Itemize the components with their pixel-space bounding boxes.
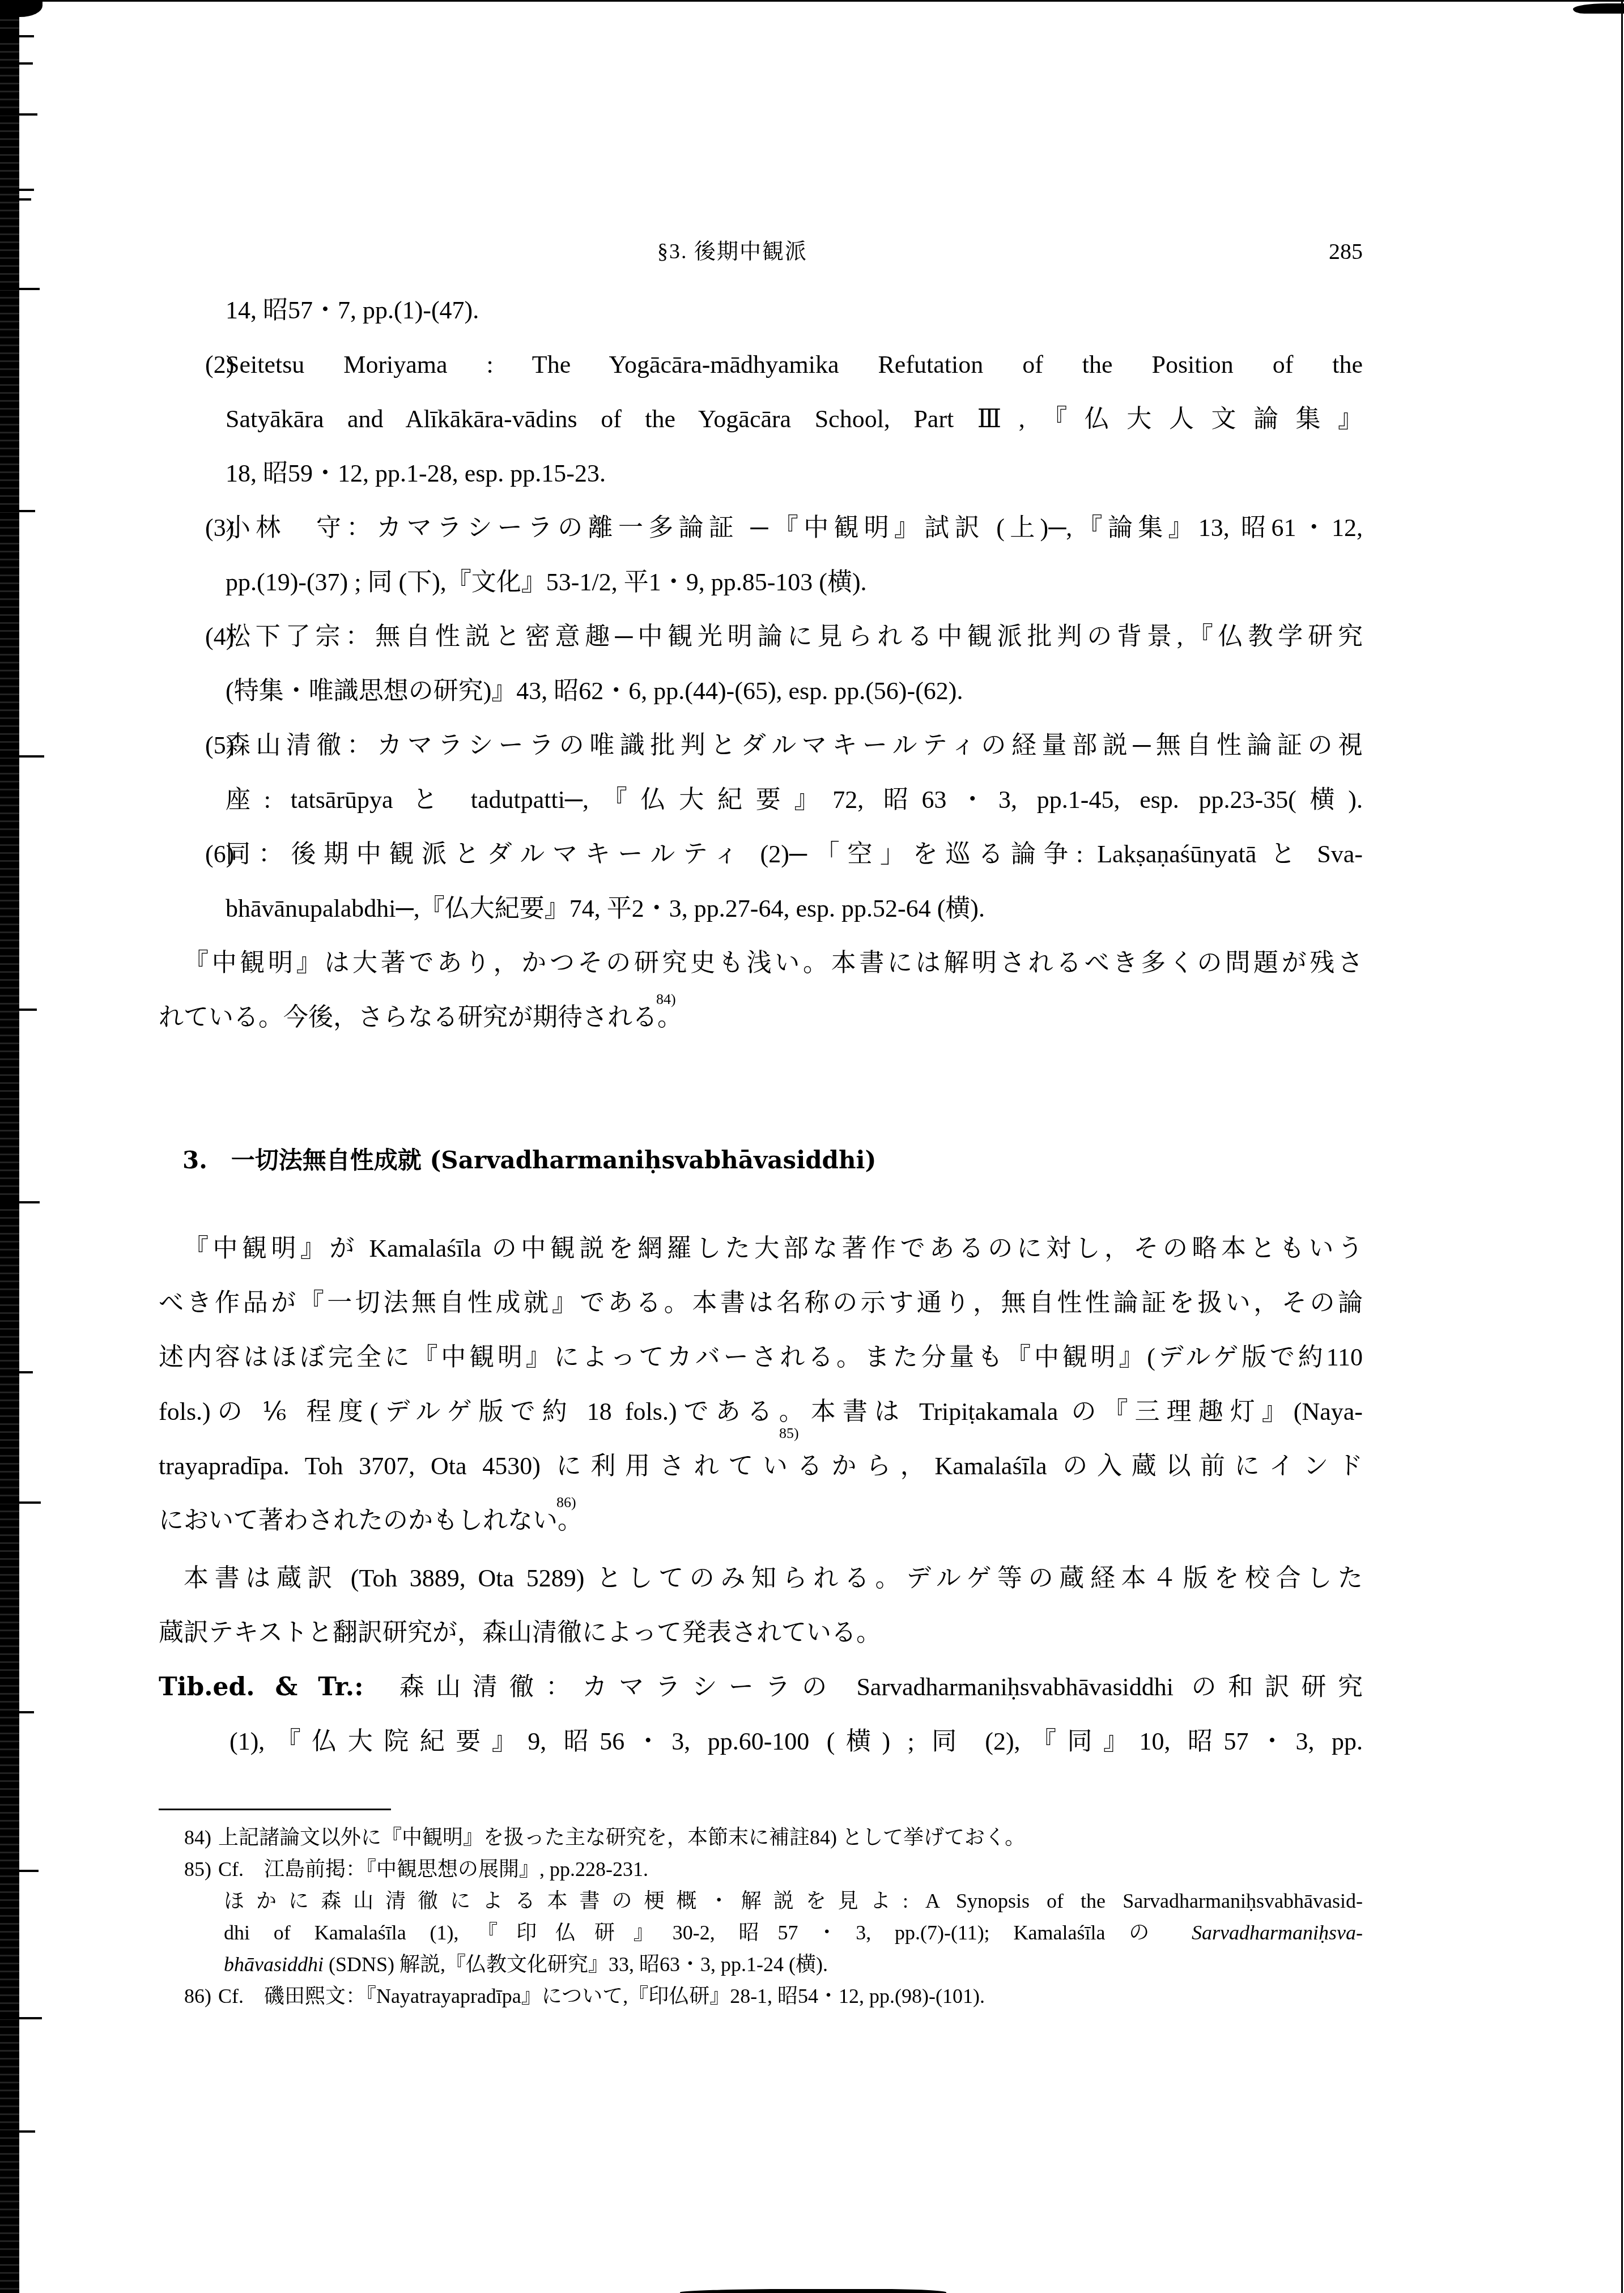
section-heading: 3. 一切法無自性成就 (Sarvadharmaniḥsvabhāvasiddh… <box>159 1133 1363 1188</box>
reference-line: 松下了宗：無自性説と密意趣─中観光明論に見られる中観派批判の背景,『仏教学研究 <box>226 610 1363 664</box>
reference-number: (2) <box>205 338 234 392</box>
footnote-number: 84) <box>184 1822 211 1853</box>
reference-continuation: 14, 昭57・7, pp.(1)-(47). <box>159 283 1363 338</box>
reference-line: 森山清徹：カマラシーラの唯識批判とダルマキールティの経量部説─無自性論証の視 <box>226 718 1363 773</box>
running-head-section: §3. 後期中観派 <box>657 238 807 265</box>
running-head: §3. 後期中観派 285 <box>657 238 1363 272</box>
paragraph-line: 『中観明』が Kamalaśīla の中観説を網羅した大部な著作であるのに対し，… <box>159 1222 1363 1276</box>
paragraph-line: fols.)の ⅙ 程度(デルゲ版で約 18 fols.)である。本書は Tri… <box>159 1385 1363 1439</box>
scan-corner-mark <box>1573 3 1624 14</box>
scan-bottom-smudge <box>680 2289 946 2293</box>
footnote-ref-86[interactable]: 86) <box>556 1494 576 1511</box>
reference-item-5: (5) 森山清徹：カマラシーラの唯識批判とダルマキールティの経量部説─無自性論証… <box>159 718 1363 827</box>
reference-item-6: (6) 同：後期中観派とダルマキールティ (2)─「空」を巡る論争: Lakṣa… <box>159 827 1363 936</box>
reference-line: pp.(19)-(37) ; 同 (下),『文化』53-1/2, 平1・9, p… <box>226 555 1363 610</box>
footnote-divider <box>159 1809 391 1810</box>
paragraph-line: において著わされたのかもしれない。86) <box>159 1494 1363 1551</box>
closing-paragraph: 『中観明』は大著であり，かつその研究史も浅い。本書には解明されるべき多くの問題が… <box>159 936 1363 1048</box>
tib-line-1: Tib.ed. & Tr.: 森山清徹：カマラシーラの Sarvadharman… <box>159 1660 1363 1715</box>
reference-line: Satyākāra and Alīkākāra-vādins of the Yo… <box>226 392 1363 446</box>
footnote-line: bhāvasiddhi (SDNS) 解説,『仏教文化研究』33, 昭63・3,… <box>218 1949 1363 1980</box>
section-paragraph-2: 本書は蔵訳 (Toh 3889, Ota 5289) としてのみ知られる。デルゲ… <box>159 1551 1363 1660</box>
reference-line: 小林 守：カマラシーラの離一多論証 ─『中観明』試訳 (上)─,『論集』13, … <box>226 501 1363 555</box>
paragraph-line: 『中観明』は大著であり，かつその研究史も浅い。本書には解明されるべき多くの問題が… <box>159 936 1363 990</box>
footnote-line: Cf. 江島前掲：『中観思想の展開』, pp.228-231. <box>218 1853 1363 1885</box>
footnote-ref-85[interactable]: 85) <box>779 1406 799 1461</box>
reference-line: Seitetsu Moriyama : The Yogācāra-mādhyam… <box>226 338 1363 392</box>
paragraph-line: 本書は蔵訳 (Toh 3889, Ota 5289) としてのみ知られる。デルゲ… <box>159 1551 1363 1606</box>
footnote-line: dhi of Kamalaśīla (1),『印仏研』30-2, 昭57・3, … <box>218 1917 1363 1949</box>
footnote-84: 84) 上記諸論文以外に『中観明』を扱った主な研究を，本節末に補註84) として… <box>159 1822 1363 1853</box>
section-paragraph-1: 『中観明』が Kamalaśīla の中観説を網羅した大部な著作であるのに対し，… <box>159 1222 1363 1551</box>
tib-ed-label: Tib.ed. & Tr.: <box>159 1673 363 1701</box>
paragraph-line: べき作品が『一切法無自性成就』である。本書は名称の示す通り，無自性性論証を扱い，… <box>159 1276 1363 1330</box>
scan-right-edge <box>1621 0 1623 2293</box>
book-page: §3. 後期中観派 285 14, 昭57・7, pp.(1)-(47). (2… <box>159 238 1363 2012</box>
footnote-85: 85) Cf. 江島前掲：『中観思想の展開』, pp.228-231. ほかに森… <box>159 1853 1363 1980</box>
reference-item-3: (3) 小林 守：カマラシーラの離一多論証 ─『中観明』試訳 (上)─,『論集』… <box>159 501 1363 610</box>
reference-list: 14, 昭57・7, pp.(1)-(47). (2) Seitetsu Mor… <box>159 283 1363 936</box>
footnote-line: Cf. 磯田熙文：『Nayatrayapradīpa』について,『印仏研』28-… <box>218 1980 1363 2012</box>
tib-line-2: (1),『仏大院紀要』9, 昭56・3, pp.60-100 (横) ; 同 (… <box>159 1715 1363 1769</box>
reference-line: 同：後期中観派とダルマキールティ (2)─「空」を巡る論争: Lakṣaṇaśū… <box>226 827 1363 882</box>
scan-top-edge <box>34 0 1624 2</box>
paragraph-line: 述内容はほぼ完全に『中観明』によってカバーされる。また分量も『中観明』(デルゲ版… <box>159 1330 1363 1385</box>
footnote-ref-84[interactable]: 84) <box>656 991 676 1007</box>
footnotes: 84) 上記諸論文以外に『中観明』を扱った主な研究を，本節末に補註84) として… <box>159 1822 1363 2012</box>
paragraph-line: 蔵訳テキストと翻訳研究が，森山清徹によって発表されている。 <box>159 1606 1363 1660</box>
tibetan-edition-entry: Tib.ed. & Tr.: 森山清徹：カマラシーラの Sarvadharman… <box>159 1660 1363 1769</box>
reference-line: bhāvānupalabdhi─,『仏大紀要』74, 平2・3, pp.27-6… <box>226 882 1363 936</box>
paragraph-line: trayapradīpa. Toh 3707, Ota 4530) に利用されて… <box>159 1439 1363 1494</box>
reference-line: 座: tatsārūpya と tadutpatti─,『仏大紀要』72, 昭6… <box>226 773 1363 827</box>
scan-binding-marks <box>0 0 62 2293</box>
reference-item-4: (4) 松下了宗：無自性説と密意趣─中観光明論に見られる中観派批判の背景,『仏教… <box>159 610 1363 718</box>
page-number: 285 <box>1329 238 1363 265</box>
footnote-86: 86) Cf. 磯田熙文：『Nayatrayapradīpa』について,『印仏研… <box>159 1980 1363 2012</box>
footnote-line: ほかに森山清徹による本書の梗概・解説を見よ: A Synopsis of the… <box>218 1885 1363 1917</box>
footnote-number: 86) <box>184 1980 211 2012</box>
reference-item-2: (2) Seitetsu Moriyama : The Yogācāra-mād… <box>159 338 1363 501</box>
reference-line: 18, 昭59・12, pp.1-28, esp. pp.15-23. <box>226 446 1363 501</box>
footnote-number: 85) <box>184 1853 211 1885</box>
reference-number: (5) <box>205 718 234 773</box>
reference-line: (特集・唯識思想の研究)』43, 昭62・6, pp.(44)-(65), es… <box>226 664 1363 718</box>
paragraph-line: れている。今後，さらなる研究が期待される。84) <box>159 990 1363 1048</box>
reference-number: (6) <box>205 827 234 882</box>
reference-number: (4) <box>205 610 234 664</box>
footnote-line: 上記諸論文以外に『中観明』を扱った主な研究を，本節末に補註84) として挙げてお… <box>218 1822 1363 1853</box>
reference-number: (3) <box>205 501 234 555</box>
